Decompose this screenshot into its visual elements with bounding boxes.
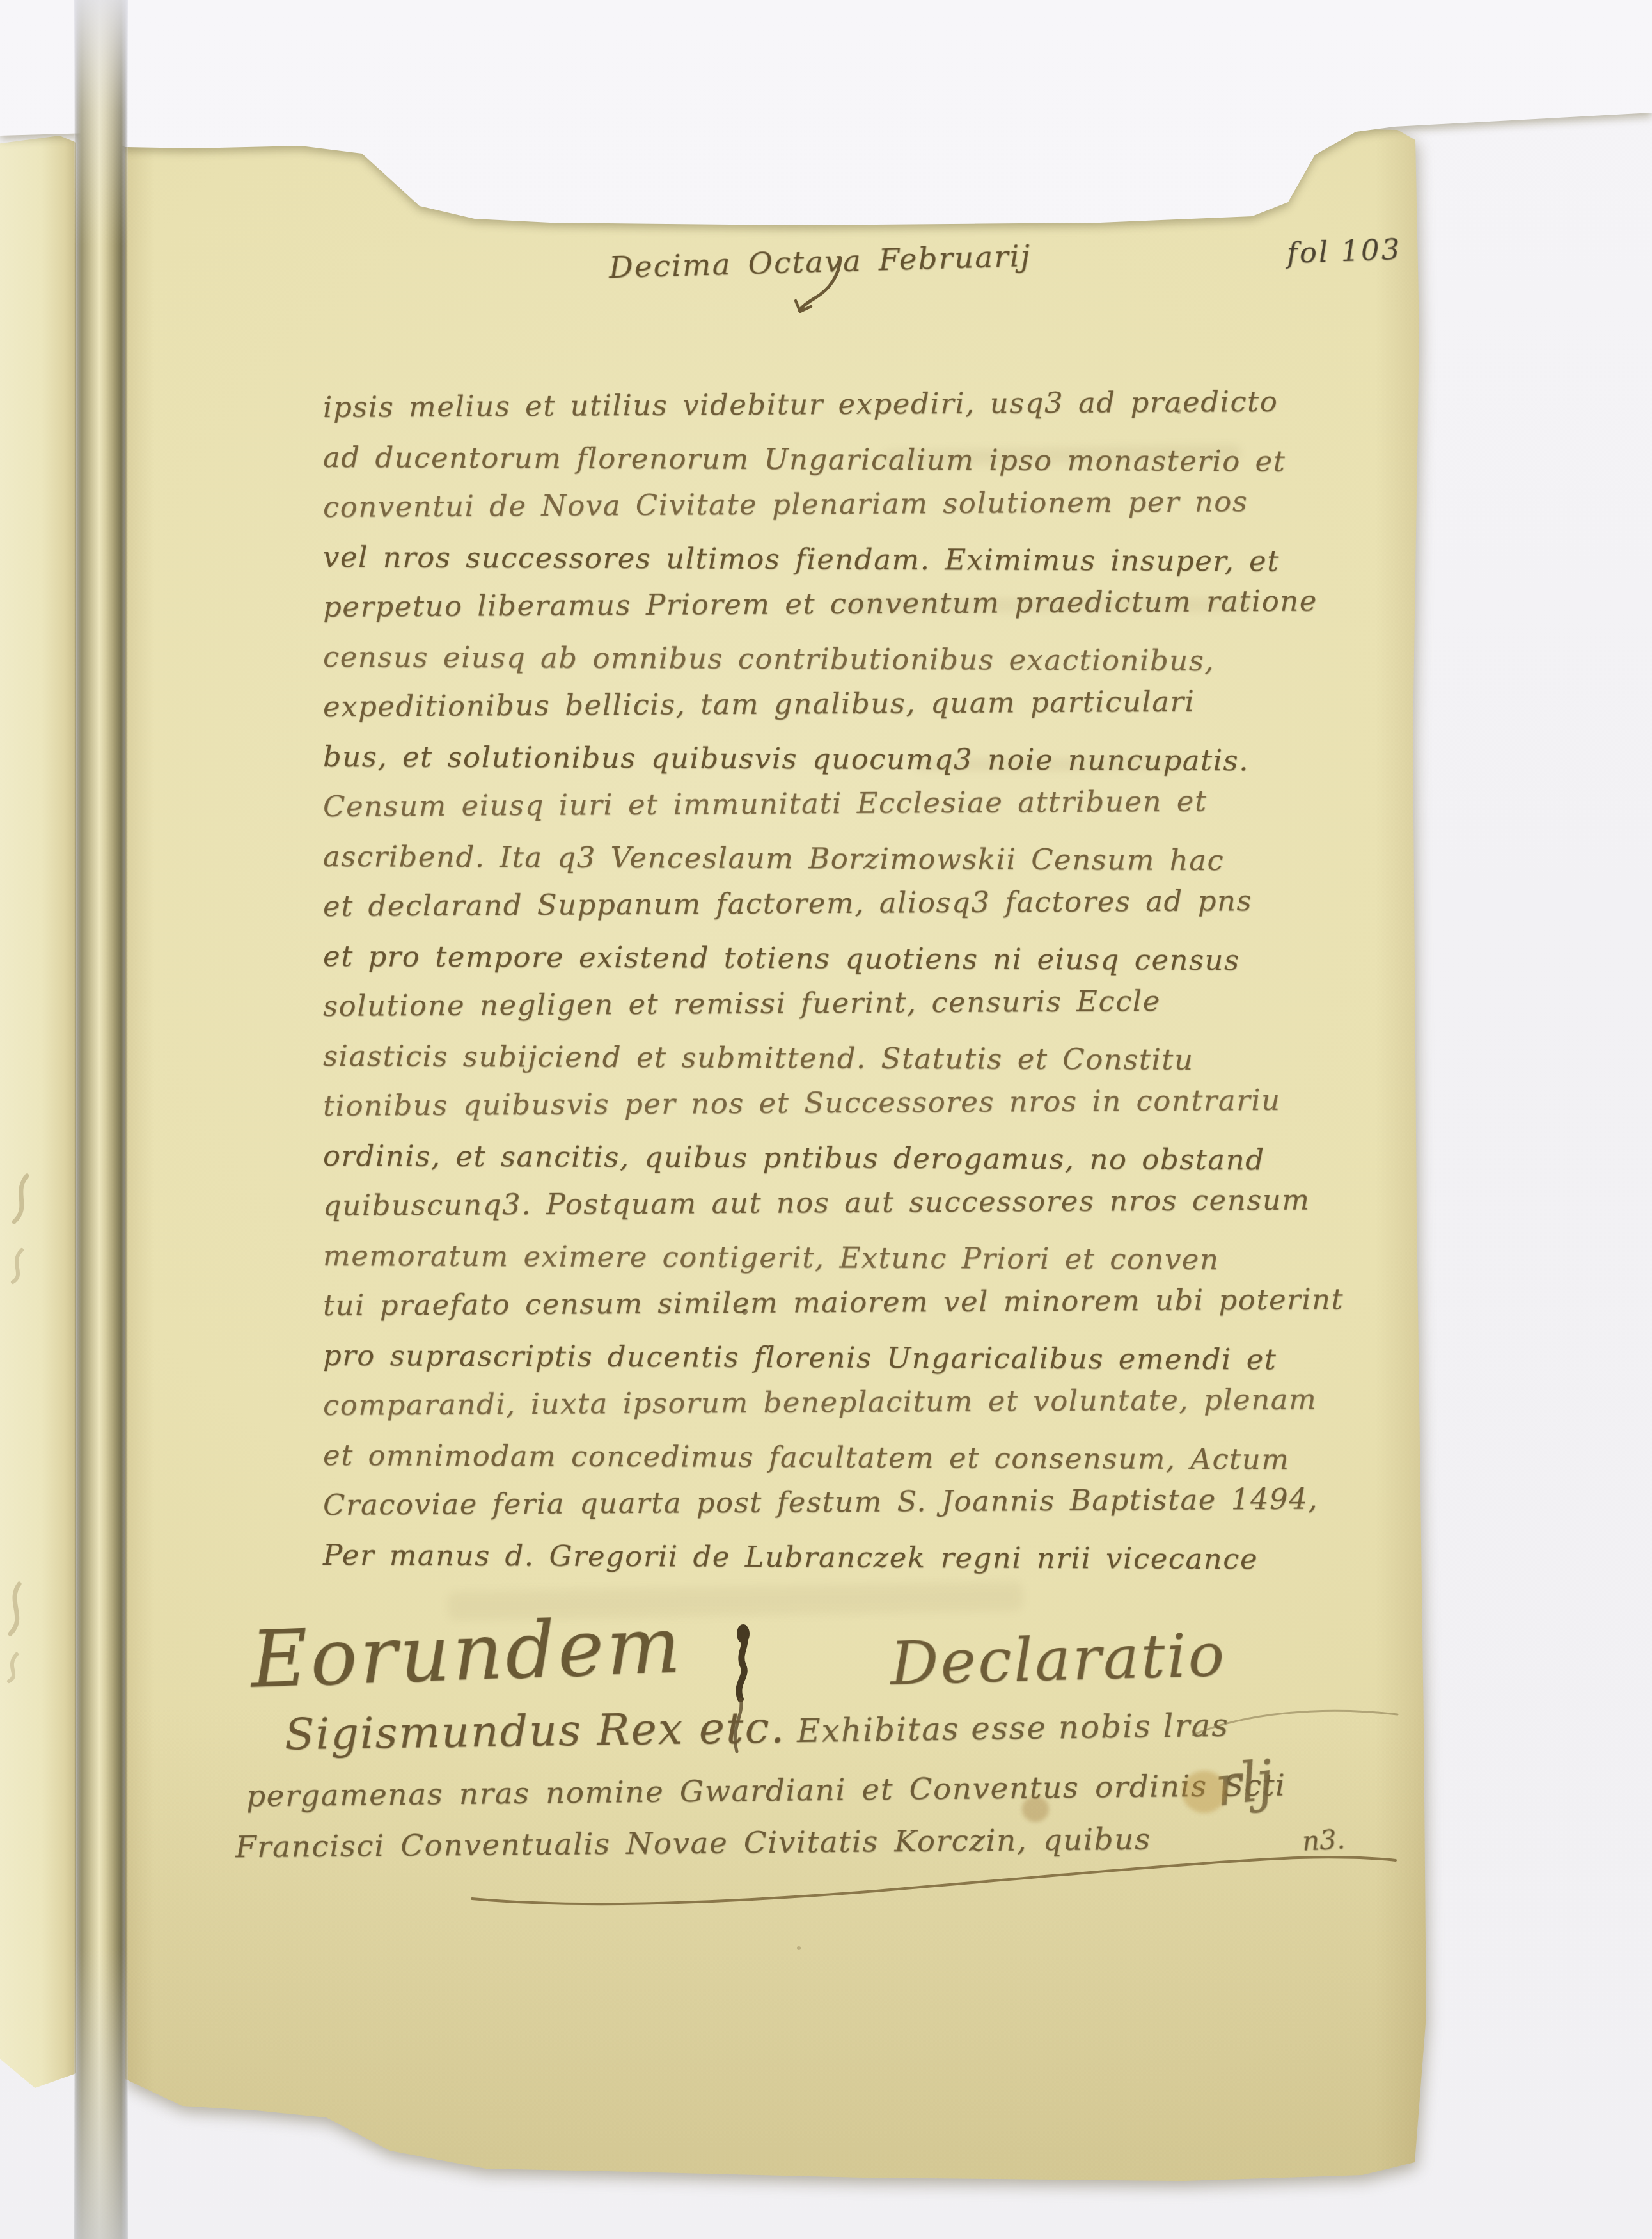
interleaf-sheet — [0, 0, 1652, 2239]
interleaf-sheet-shadow — [0, 0, 1652, 2239]
page-holder-rod — [74, 0, 128, 2239]
